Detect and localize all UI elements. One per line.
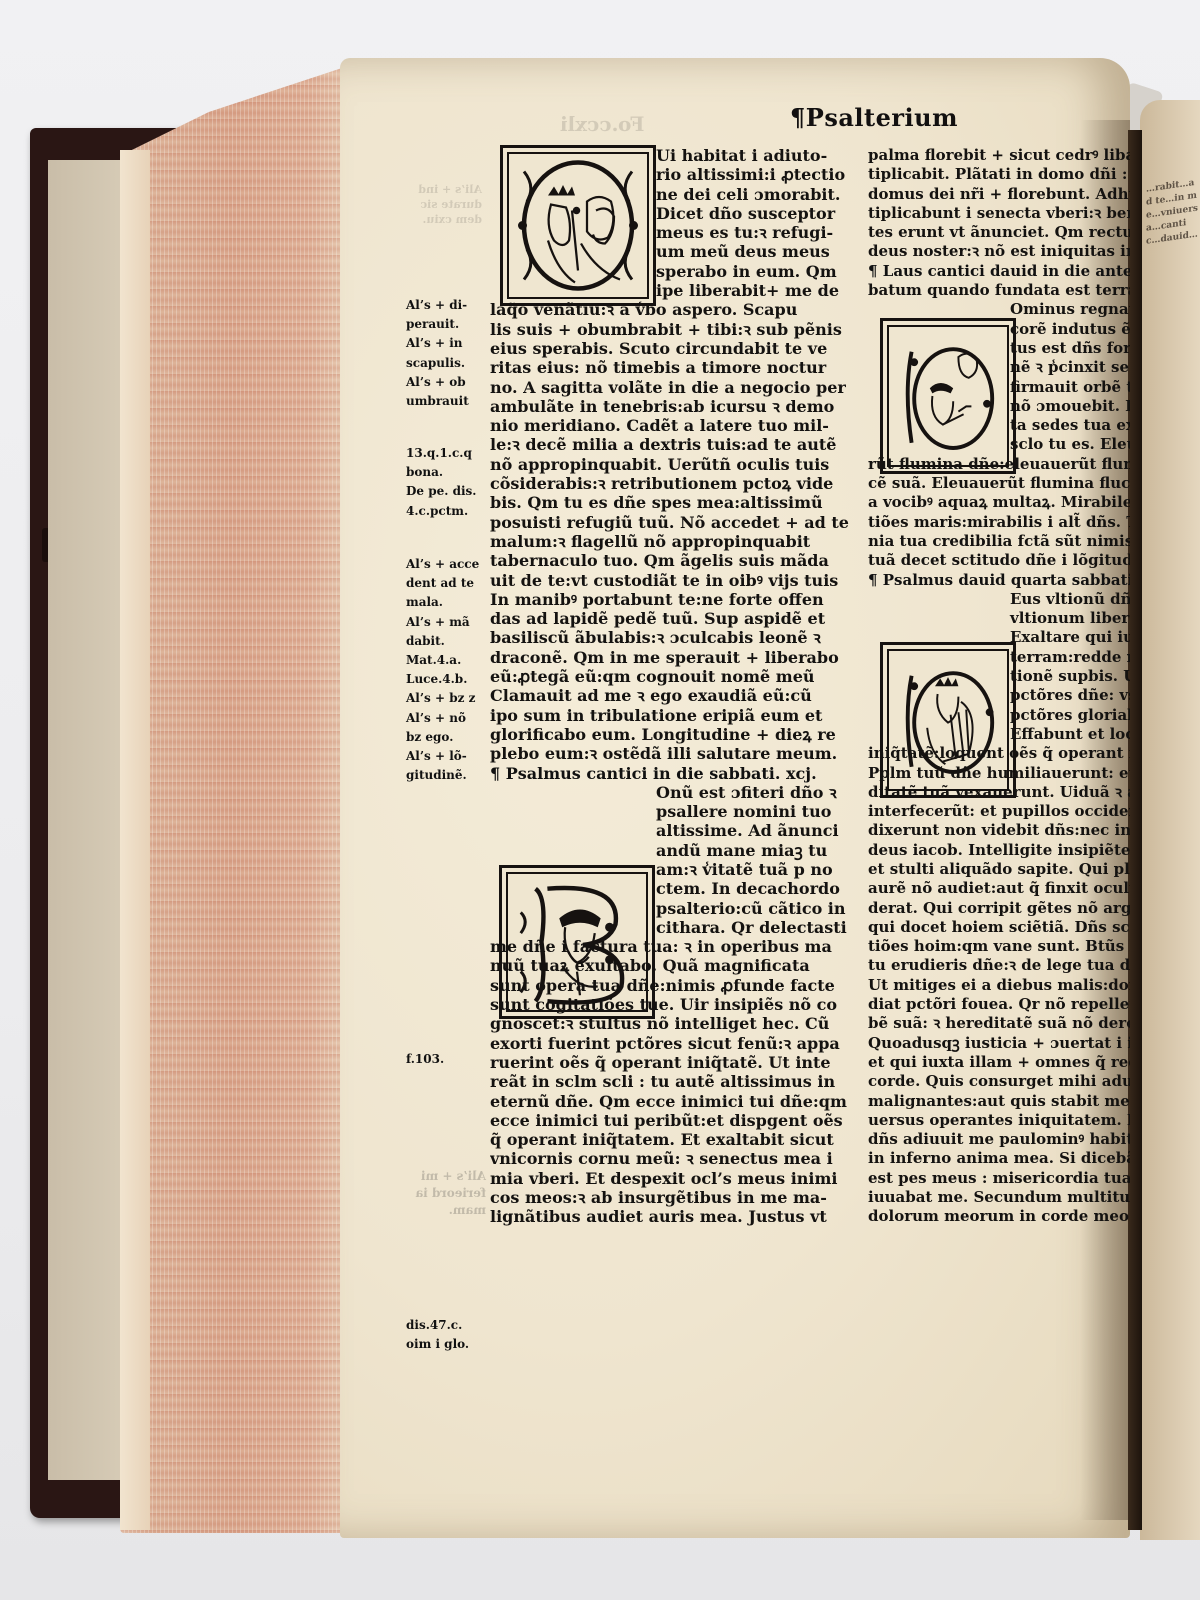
marginalia-block-5: dis.47.c. oim i glo. [406, 1316, 490, 1354]
text-line: tiplicabit. Plãtati in domo dñi : i atri… [868, 165, 1130, 184]
marginal-note: Al’s + ob [406, 373, 490, 392]
text-line: ruerint oẽs q̃ operant iniq̃tatẽ. Ut int… [490, 1053, 862, 1072]
facing-page-text: …rabit…ad te…in me…vniuersa…cantic…dauid… [1146, 176, 1200, 1384]
text-line: vltionum libere egit. [868, 609, 1130, 628]
text-line: Effabunt et loquentur [868, 725, 1130, 744]
marginalia-block-1: Al’s + di- perauit. Al’s + in scapulis. … [406, 296, 490, 411]
text-line: pctõres gloriabuntur [868, 706, 1130, 725]
text-line: rũt flumina dñe:eleuauerũt flumina vo [868, 455, 1130, 474]
text-line: tiões maris:mirabilis i alt̃ dñs. Testim… [868, 513, 1130, 532]
text-line: Exaltare qui iudicas [868, 628, 1130, 647]
text-line: exorti fuerint pctõres sicut fenũ:ꝛ appa [490, 1034, 862, 1053]
text-line: nio meridiano. Cadẽt a latere tuo mil- [490, 416, 862, 435]
marginal-note: dabit. [406, 632, 490, 651]
marginal-note: perauit. [406, 315, 490, 334]
text-line: aurẽ nõ audiet:aut q̃ finxit oculũ nõ ci [868, 879, 1130, 898]
text-line: Quoadusqꝫ iusticia + ɔuertat i iudiciũ [868, 1034, 1130, 1053]
text-line: ditatẽ tuã vexauerunt. Uiduã ꝛ aduenã [868, 783, 1130, 802]
text-line: Clamauit ad me ꝛ ego exaudiã eũ:cũ [490, 686, 862, 705]
text-line: eternũ dñe. Qm ecce inimici tui dñe:qm [490, 1092, 862, 1111]
text-line: deus noster:ꝛ nõ est iniquitas in eo. [868, 242, 1130, 261]
text-line: reãt in sclm scli : tu autẽ altissimus i… [490, 1072, 862, 1091]
marginal-note: dis.47.c. [406, 1316, 490, 1335]
text-line: um meũ deus meus [490, 242, 862, 261]
text-line: sunt cogitatiões tue. Uir insipiẽs nõ co [490, 995, 862, 1014]
marginal-note: oim i glo. [406, 1335, 490, 1354]
text-line: glorificabo eum. Longitudine + dieꝝ re [490, 725, 862, 744]
text-line: laq̃o venãtiu:ꝛ a v̾bo aspero. Scapu [490, 300, 862, 319]
text-line: tus est dñs fortitudi [868, 339, 1130, 358]
text-line: firmauit orbẽ terre qui [868, 378, 1130, 397]
text-line: a vocibꝰ aquaꝝ multaꝝ. Mirabiles ela [868, 493, 1130, 512]
marginal-note: bz ego. [406, 728, 490, 747]
text-line: lis suis + obumbrabit + tibi:ꝛ sub pẽnis [490, 320, 862, 339]
text-line: batum quando fundata est terra. ps. [868, 281, 1130, 300]
text-line: ambulãte in tenebris:ab icursu ꝛ demo [490, 397, 862, 416]
marginal-note: Al’s + di- [406, 296, 490, 315]
text-line: ctem. In decachordo [490, 879, 862, 898]
psalm-heading: ¶ Laus cantici dauid in die ante sab [868, 262, 1130, 281]
text-line: eũ:ꝓtegã eũ:qm cognouit nomẽ meũ [490, 667, 862, 686]
text-line: In manibꝰ portabunt te:ne forte offen [490, 590, 862, 609]
marginal-note: umbrauit [406, 392, 490, 411]
text-line: mia vberi. Et despexit ocl’s meus inimi [490, 1169, 862, 1188]
bleed-through-margin: Ali’s + ind durate sic dem cxiu. [402, 182, 482, 227]
text-line: Ui habitat i adiuto- [490, 146, 862, 165]
text-line: nuũ tuaꝝ exultabo. Quã magnificata [490, 956, 862, 975]
ghost-line: Ali’s + ind [402, 182, 482, 197]
text-line: dñs adiuuit me paulominꝰ habitasset [868, 1130, 1130, 1149]
text-line: tuã decet sctitudo dñe i lõgitudinẽ dier… [868, 551, 1130, 570]
marginal-note: 4.c.pctm. [406, 502, 490, 521]
text-line: palma florebit + sicut cedrꝰ libani mul [868, 146, 1130, 165]
text-line: nõ ɔmouebit. Parata [868, 397, 1130, 416]
marginalia-block-4: f.103. [406, 1050, 490, 1069]
text-line: qui docet hoiem sciẽtiã. Dñs scit cogita [868, 918, 1130, 937]
text-line: in inferno anima mea. Si dicebã motus [868, 1149, 1130, 1168]
text-line: uersus operantes iniquitatem. Nisi quia [868, 1111, 1130, 1130]
ghost-line: durate sic [402, 197, 482, 212]
text-line: Pplm tuũ dñe humiliauerunt: et here [868, 764, 1130, 783]
text-line: ritas eius: nõ timebis a timore noctur [490, 358, 862, 377]
marginal-note: Al’s + acce [406, 555, 490, 574]
text-line: no. A sagitta volãte in die a negocio pe… [490, 378, 862, 397]
ghost-line: Ali’s + mi [386, 1168, 486, 1185]
text-line: domus dei nr̃i + florebunt. Adhuc mul [868, 185, 1130, 204]
text-line: ecce inimici tui peribũt:et dispgent oẽs [490, 1111, 862, 1130]
text-line: tiplicabunt i senecta vberi:ꝛ bene pati [868, 204, 1130, 223]
text-line: vnicornis cornu meũ: ꝛ senectus mea i [490, 1149, 862, 1168]
ghost-line: ferieord ia [386, 1185, 486, 1202]
text-line: nia tua credibilia fctã sũt nimis:domũ [868, 532, 1130, 551]
bleed-through-folio: Fo.ccxli [560, 112, 645, 136]
marginal-note: f.103. [406, 1050, 490, 1069]
text-line: cithara. Qr delectasti [490, 918, 862, 937]
marginalia-block-3: Al’s + acce dent ad te mala. Al’s + mã d… [406, 555, 490, 785]
text-line: iuuabat me. Secundum multitudinem [868, 1188, 1130, 1207]
text-line: plebo eum:ꝛ ostẽdã illi salutare meum. [490, 744, 862, 763]
text-line: tabernaculo tuo. Qm ãgelis suis mãda [490, 551, 862, 570]
marginal-note: Al’s + bz z [406, 689, 490, 708]
text-line: interfecerũt: et pupillos occiderunt. Et [868, 802, 1130, 821]
fore-edge-endleaves [120, 150, 150, 1530]
psalm-heading: ¶ Psalmus cantici in die sabbati. xcj. [490, 764, 862, 783]
marginal-note: Mat.4.a. [406, 651, 490, 670]
text-line: terram:redde retribu [868, 648, 1130, 667]
marginal-note: Al’s + in [406, 334, 490, 353]
text-line: corẽ indutus ẽ. Indu [868, 320, 1130, 339]
marginalia-block-2: 13.q.1.c.q bona. De pe. dis. 4.c.pctm. [406, 444, 490, 521]
text-line: sclo tu es. Eleuauerũt [868, 435, 1130, 454]
marginal-note: gitudinẽ. [406, 766, 490, 785]
text-line: corde. Quis consurget mihi aduersus [868, 1072, 1130, 1091]
ghost-line: dem cxiu. [402, 212, 482, 227]
text-line: deus iacob. Intelligite insipiẽtes i ppl… [868, 841, 1130, 860]
text-line: posuisti refugiũ tuũ. Nõ accedet + ad te [490, 513, 862, 532]
text-line: cẽ suã. Eleuauerũt flumina fluctꝰ suos [868, 474, 1130, 493]
text-line: ne dei celi ɔmorabit. [490, 185, 862, 204]
text-line: Ominus regnauit de [868, 300, 1130, 319]
text-line: nõ appropinquabit. Uerũtñ oculis tuis [490, 455, 862, 474]
text-line: Onũ est ɔfiteri dño ꝛ [490, 783, 862, 802]
text-line: ipe liberabit+ me de [490, 281, 862, 300]
text-line: et stulti aliquãdo sapite. Qui plantauit [868, 860, 1130, 879]
text-column-right: palma florebit + sicut cedrꝰ libani mul … [868, 146, 1130, 1227]
text-line: psalterio:cũ cãtico in [490, 899, 862, 918]
text-line: andũ mane miaꝫ tu [490, 841, 862, 860]
bleed-through-margin-lower: Ali’s + mi ferieord ia mam. [386, 1168, 486, 1219]
text-line: est pes meus : misericordia tua dñe ad [868, 1169, 1130, 1188]
marginal-note: Al’s + nõ [406, 709, 490, 728]
marginal-note: bona. [406, 463, 490, 482]
text-line: Eus vltionũ dñs: deus [868, 590, 1130, 609]
text-line: diat pctõri fouea. Qr nõ repellet dñs pl… [868, 995, 1130, 1014]
text-line: eius sperabis. Scuto circundabit te ve [490, 339, 862, 358]
text-line: tu erudieris dñe:ꝛ de lege tua docueris … [868, 956, 1130, 975]
psalm-heading: ¶ Psalmus dauid quarta sabbati. xciij. [868, 571, 1130, 590]
text-line: malignantes:aut quis stabit mecũ ad [868, 1092, 1130, 1111]
text-line: psallere nomini tuo [490, 802, 862, 821]
text-line: gnoscet:ꝛ stultus nõ intelliget hec. Cũ [490, 1014, 862, 1033]
text-line: tes erunt vt ãnunciet. Qm rectus dñs [868, 223, 1130, 242]
marginal-note: 13.q.1.c.q [406, 444, 490, 463]
text-line: uit de te:vt custodiãt te in oibꝰ vijs t… [490, 571, 862, 590]
marginal-note: scapulis. [406, 354, 490, 373]
text-line: bis. Qm tu es dñe spes mea:altissimũ [490, 493, 862, 512]
text-line: bẽ suã: ꝛ hereditatẽ suã nõ derelinquet: [868, 1014, 1130, 1033]
text-line: basiliscũ ãbulabis:ꝛ ɔculcabis leonẽ ꝛ [490, 628, 862, 647]
text-line: meus es tu:ꝛ refugi- [490, 223, 862, 242]
book-gutter [1128, 130, 1142, 1530]
text-line: ipo sum in tribulatione eripiã eum et [490, 706, 862, 725]
text-line: le:ꝛ decẽ milia a dextris tuis:ad te aut… [490, 435, 862, 454]
text-line: sperabo in eum. Qm [490, 262, 862, 281]
red-sprinkled-fore-edge [120, 68, 342, 1533]
text-line: pctõres dñe: vsqquo [868, 686, 1130, 705]
text-line: q̃ operant iniq̃tatem. Et exaltabit sicu… [490, 1130, 862, 1149]
text-line: cõsiderabis:ꝛ retributionem pctoꝝ vide [490, 474, 862, 493]
text-line: cos meos:ꝛ ab insurgẽtibus in me ma- [490, 1188, 862, 1207]
text-line: derat. Qui corripit gẽtes nõ arguet: qui [868, 899, 1130, 918]
text-line: nẽ ꝛ p̾cinxit se. Etenim [868, 358, 1130, 377]
text-line: am:ꝛ v̾itatẽ tuã p no [490, 860, 862, 879]
text-line: malum:ꝛ flagellũ nõ appropinquabit [490, 532, 862, 551]
text-line: et qui iuxta illam + omnes q̃ recto sunt [868, 1053, 1130, 1072]
text-line: tiões hoim:qm vane sunt. Btũs homo quẽ [868, 937, 1130, 956]
text-line: iniq̃tatẽ:loquent oẽs q̃ operant iniusti… [868, 744, 1130, 763]
text-line: tionẽ supbis. Usqquo [868, 667, 1130, 686]
marginal-note: Luce.4.b. [406, 670, 490, 689]
text-line: das ad lapidẽ pedẽ tuũ. Sup aspidẽ et [490, 609, 862, 628]
text-line: dixerunt non videbit dñs:nec intelliget [868, 821, 1130, 840]
running-head: ¶Psalterium [790, 103, 958, 132]
marginal-note: Al’s + mã [406, 613, 490, 632]
text-line: dolorum meorum in corde meo:cõsola [868, 1207, 1130, 1226]
marginal-note: dent ad te [406, 574, 490, 593]
text-line: rio altissimi:i ꝓtectio [490, 165, 862, 184]
text-line: altissime. Ad ãnunci [490, 821, 862, 840]
text-line: ta sedes tua ex tunc a [868, 416, 1130, 435]
text-line: sunt opera tua dñe:nimis ꝓfunde facte [490, 976, 862, 995]
text-line: lignãtibus audiet auris mea. Justus vt [490, 1207, 862, 1226]
marginal-note: mala. [406, 593, 490, 612]
text-column-left: Ui habitat i adiuto- rio altissimi:i ꝓte… [490, 146, 862, 1227]
text-line: Dicet dño susceptor [490, 204, 862, 223]
text-line: draconẽ. Qm in me sperauit + liberabo [490, 648, 862, 667]
text-line: Ut mitiges ei a diebus malis:donec fo [868, 976, 1130, 995]
text-line: me dñe i factura tua: ꝛ in operibus ma [490, 937, 862, 956]
marginal-note: Al’s + lõ- [406, 747, 490, 766]
ghost-line: mam. [386, 1202, 486, 1219]
marginal-note: De pe. dis. [406, 482, 490, 501]
